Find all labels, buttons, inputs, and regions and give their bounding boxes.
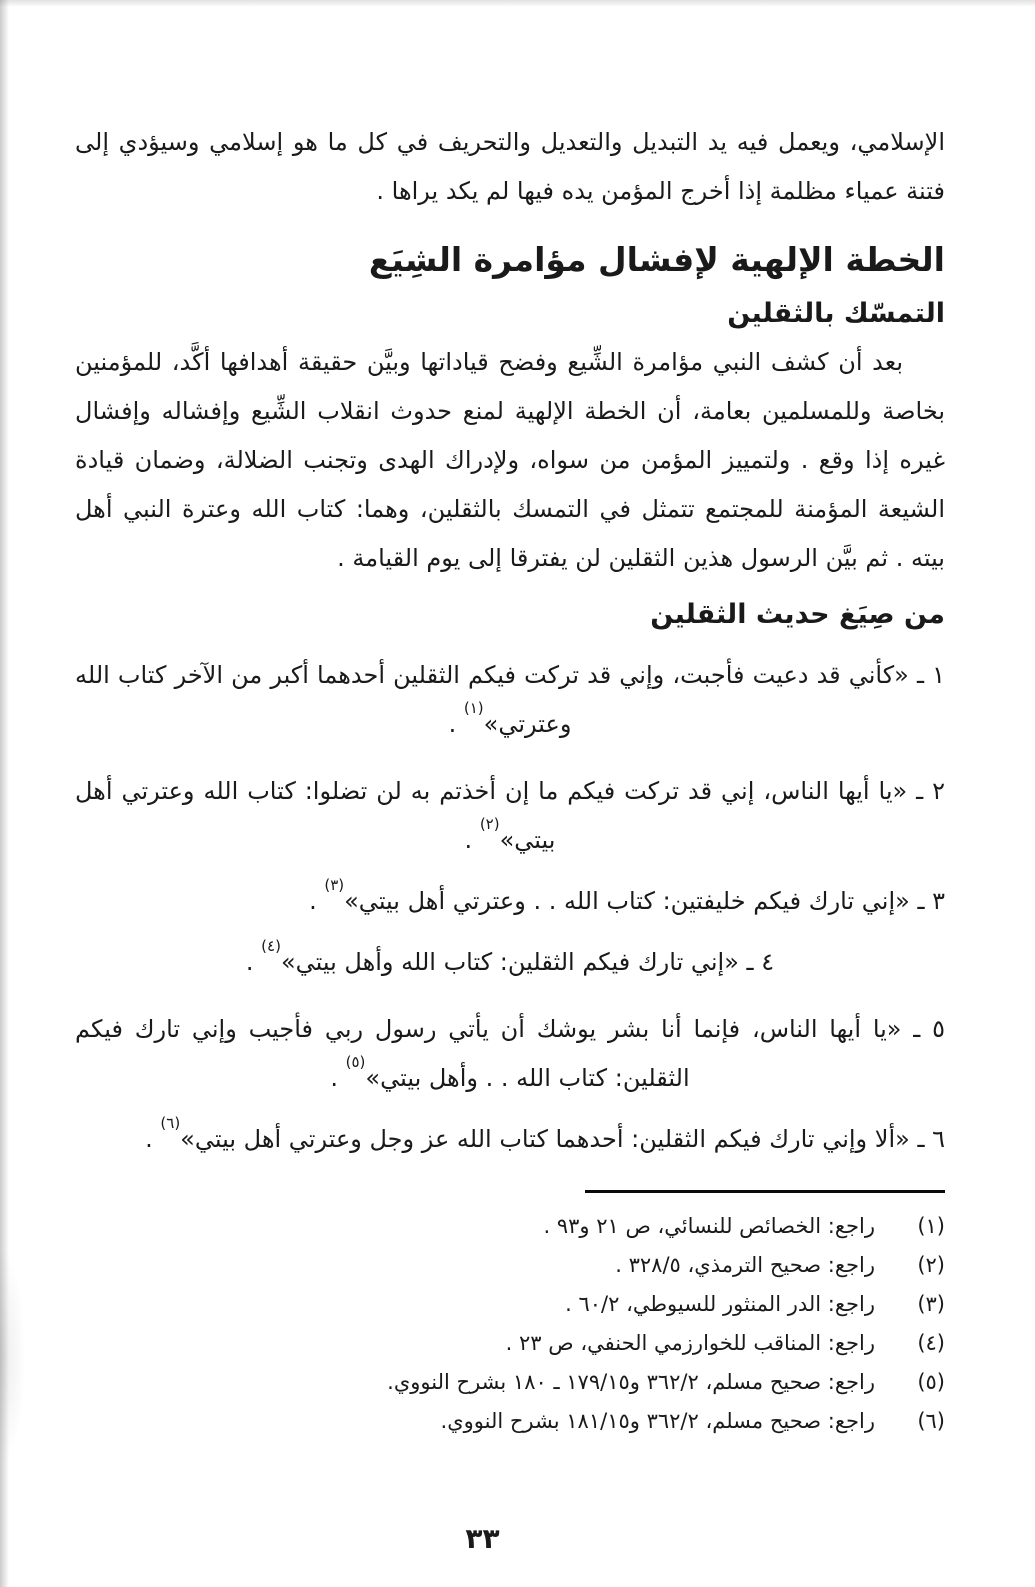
footnote-ref-3: (٣) [324,876,344,894]
footnote-1: (١) راجع: الخصائص للنسائي، ص ٢١ و٩٣ . [75,1207,945,1246]
hadith-suffix: . [246,948,261,976]
footnote-5: (٥) راجع: صحيح مسلم، ٣٦٢/٢ و١٧٩/١٥ ـ ١٨٠… [75,1363,945,1402]
footnote-text: راجع: صحيح مسلم، ٣٦٢/٢ و١٧٩/١٥ ـ ١٨٠ بشر… [75,1363,875,1402]
footnote-2: (٢) راجع: صحيح الترمذي، ٣٢٨/٥ . [75,1246,945,1285]
footnote-ref-6: (٦) [160,1114,180,1132]
hadith-item-6: ٦ ـ «ألا وإني تارك فيكم الثقلين: أحدهما … [75,1115,945,1164]
scan-smudge-bottom-left [0,1247,26,1467]
subheading-siyagh: من صِيَغ حديث الثقلين [75,597,945,633]
hadith-suffix: . [330,1064,345,1092]
body-paragraph: بعد أن كشف النبي مؤامرة الشِّيع وفضح قيا… [75,338,945,583]
hadith-text: ٣ ـ «إني تارك فيكم خليفتين: كتاب الله . … [344,887,945,915]
footnote-ref-4: (٤) [261,937,281,955]
footnote-marker: (١) [893,1207,945,1246]
hadith-suffix: . [309,887,324,915]
hadith-suffix: . [465,826,480,854]
footnote-3: (٣) راجع: الدر المنثور للسيوطي، ٦٠/٢ . [75,1285,945,1324]
footnote-marker: (٥) [893,1363,945,1402]
hadith-text: ٤ ـ «إني تارك فيكم الثقلين: كتاب الله وأ… [281,948,774,976]
footnote-text: راجع: المناقب للخوارزمي الحنفي، ص ٢٣ . [75,1324,875,1363]
footnote-marker: (٢) [893,1246,945,1285]
hadith-text: ٦ ـ «ألا وإني تارك فيكم الثقلين: أحدهما … [180,1125,945,1153]
footnote-marker: (٤) [893,1324,945,1363]
hadith-suffix: . [145,1125,160,1153]
footnote-text: راجع: الخصائص للنسائي، ص ٢١ و٩٣ . [75,1207,875,1246]
footnote-separator-rule [585,1190,945,1193]
subheading-tamassuk: التمسّك بالثقلين [75,296,945,332]
intro-paragraph: الإسلامي، ويعمل فيه يد التبديل والتعديل … [75,118,945,216]
footnote-marker: (٣) [893,1285,945,1324]
hadith-item-4: ٤ ـ «إني تارك فيكم الثقلين: كتاب الله وأ… [75,938,945,987]
footnotes-block: (١) راجع: الخصائص للنسائي، ص ٢١ و٩٣ . (٢… [75,1207,945,1441]
hadith-item-2: ٢ ـ «يا أيها الناس، إني قد تركت فيكم ما … [75,767,945,865]
footnote-text: راجع: صحيح مسلم، ٣٦٢/٢ و١٨١/١٥ بشرح النو… [75,1402,875,1441]
page-number: ٣٣ [0,1522,965,1555]
hadith-item-3: ٣ ـ «إني تارك فيكم خليفتين: كتاب الله . … [75,877,945,926]
footnote-4: (٤) راجع: المناقب للخوارزمي الحنفي، ص ٢٣… [75,1324,945,1363]
scan-edge-top [0,0,1035,7]
footnote-ref-5: (٥) [346,1053,366,1071]
hadith-text: ٥ ـ «يا أيها الناس، فإنما أنا بشر يوشك أ… [75,1015,945,1092]
hadith-item-5: ٥ ـ «يا أيها الناس، فإنما أنا بشر يوشك أ… [75,1005,945,1103]
section-title: الخطة الإلهية لإفشال مؤامرة الشِيَع [75,238,945,282]
hadith-text: ٢ ـ «يا أيها الناس، إني قد تركت فيكم ما … [75,777,945,854]
footnote-text: راجع: صحيح الترمذي، ٣٢٨/٥ . [75,1246,875,1285]
footnote-6: (٦) راجع: صحيح مسلم، ٣٦٢/٢ و١٨١/١٥ بشرح … [75,1402,945,1441]
hadith-item-1: ١ ـ «كأني قد دعيت فأجبت، وإني قد تركت في… [75,651,945,749]
hadith-text: ١ ـ «كأني قد دعيت فأجبت، وإني قد تركت في… [75,661,945,738]
hadith-suffix: . [449,710,464,738]
footnote-ref-1: (١) [464,699,484,717]
footnote-marker: (٦) [893,1402,945,1441]
footnote-text: راجع: الدر المنثور للسيوطي، ٦٠/٢ . [75,1285,875,1324]
footnote-ref-2: (٢) [480,815,500,833]
book-page: الإسلامي، ويعمل فيه يد التبديل والتعديل … [0,0,1035,1587]
